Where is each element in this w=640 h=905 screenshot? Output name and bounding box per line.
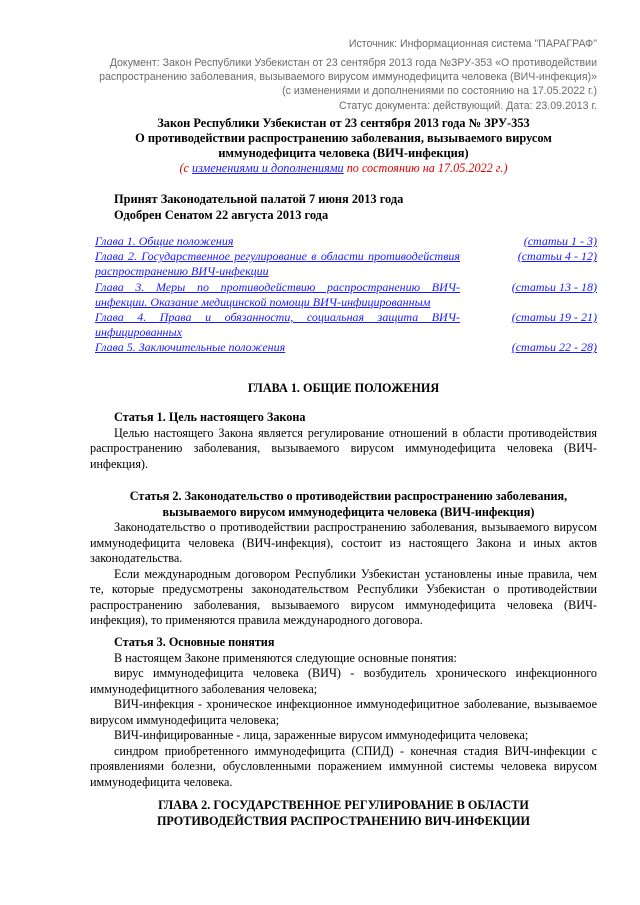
toc-item: Глава 1. Общие положения (статьи 1 - 3) bbox=[95, 234, 597, 249]
toc-chapter-5-articles-link[interactable]: (статьи 22 - 28) bbox=[512, 340, 597, 355]
toc-item: Глава 5. Заключительные положения (стать… bbox=[95, 340, 597, 355]
law-title-line-1: Закон Республики Узбекистан от 23 сентяб… bbox=[90, 116, 597, 131]
toc-chapter-5-link[interactable]: Глава 5. Заключительные положения bbox=[95, 340, 460, 355]
article-3: Статья 3. Основные понятия В настоящем З… bbox=[90, 635, 597, 790]
toc-chapter-1-articles-link[interactable]: (статьи 1 - 3) bbox=[524, 234, 597, 249]
toc-item: Глава 4. Права и обязанности, социальная… bbox=[95, 310, 597, 340]
article-2: Статья 2. Законодательство о противодейс… bbox=[90, 489, 597, 629]
article-3-definition-hiv-infected: ВИЧ-инфицированные - лица, зараженные ви… bbox=[90, 728, 597, 744]
toc-chapter-1-link[interactable]: Глава 1. Общие положения bbox=[95, 234, 460, 249]
toc-chapter-4-articles-link[interactable]: (статьи 19 - 21) bbox=[512, 310, 597, 340]
article-1-heading: Статья 1. Цель настоящего Закона bbox=[90, 410, 597, 426]
toc-item: Глава 3. Меры по противодействию распрос… bbox=[95, 280, 597, 310]
article-1: Статья 1. Цель настоящего Закона Целью н… bbox=[90, 410, 597, 472]
toc-chapter-3-articles-link[interactable]: (статьи 13 - 18) bbox=[512, 280, 597, 310]
amendments-link[interactable]: изменениями и дополнениями bbox=[192, 161, 344, 175]
toc-item: Глава 2. Государственное регулирование в… bbox=[95, 249, 597, 279]
document-status: Статус документа: действующий. Дата: 23.… bbox=[90, 99, 597, 113]
toc-chapter-2-link[interactable]: Глава 2. Государственное регулирование в… bbox=[95, 249, 460, 279]
law-title-line-3: иммунодефицита человека (ВИЧ-инфекция) bbox=[90, 146, 597, 161]
adopted-by-chamber: Принят Законодательной палатой 7 июня 20… bbox=[114, 191, 403, 207]
article-2-heading: Статья 2. Законодательство о противодейс… bbox=[90, 489, 597, 520]
law-title: Закон Республики Узбекистан от 23 сентяб… bbox=[90, 116, 597, 161]
amendment-suffix: по состоянию на 17.05.2022 г.) bbox=[344, 161, 508, 175]
chapter-2-heading-line-1: ГЛАВА 2. ГОСУДАРСТВЕННОЕ РЕГУЛИРОВАНИЕ В… bbox=[90, 798, 597, 814]
chapter-2-heading: ГЛАВА 2. ГОСУДАРСТВЕННОЕ РЕГУЛИРОВАНИЕ В… bbox=[90, 798, 597, 829]
source-line: Источник: Информационная система "ПАРАГР… bbox=[90, 37, 597, 51]
approved-by-senate: Одобрен Сенатом 22 августа 2013 года bbox=[114, 207, 403, 223]
article-3-definition-hiv-infection: ВИЧ-инфекция - хроническое инфекционное … bbox=[90, 697, 597, 728]
article-3-definition-hiv: вирус иммунодефицита человека (ВИЧ) - во… bbox=[90, 666, 597, 697]
chapter-2-heading-line-2: ПРОТИВОДЕЙСТВИЯ РАСПРОСТРАНЕНИЮ ВИЧ-ИНФЕ… bbox=[90, 814, 597, 830]
toc-chapter-4-link[interactable]: Глава 4. Права и обязанности, социальная… bbox=[95, 310, 460, 340]
article-1-paragraph: Целью настоящего Закона является регулир… bbox=[90, 426, 597, 473]
adoption-info: Принят Законодательной палатой 7 июня 20… bbox=[114, 191, 403, 223]
article-2-paragraph-1: Законодательство о противодействии распр… bbox=[90, 520, 597, 567]
toc-chapter-2-articles-link[interactable]: (статьи 4 - 12) bbox=[518, 249, 597, 279]
document-description: Документ: Закон Республики Узбекистан от… bbox=[90, 56, 597, 98]
amendment-note: (с изменениями и дополнениями по состоян… bbox=[90, 161, 597, 176]
article-2-paragraph-2: Если международным договором Республики … bbox=[90, 567, 597, 629]
article-3-paragraph-1: В настоящем Законе применяются следующие… bbox=[90, 651, 597, 667]
chapter-1-heading: ГЛАВА 1. ОБЩИЕ ПОЛОЖЕНИЯ bbox=[90, 381, 597, 397]
amendment-prefix: (с bbox=[179, 161, 192, 175]
article-3-heading: Статья 3. Основные понятия bbox=[90, 635, 597, 651]
toc-chapter-3-link[interactable]: Глава 3. Меры по противодействию распрос… bbox=[95, 280, 460, 310]
table-of-contents: Глава 1. Общие положения (статьи 1 - 3) … bbox=[95, 234, 597, 356]
article-3-definition-aids: синдром приобретенного иммунодефицита (С… bbox=[90, 744, 597, 791]
law-title-line-2: О противодействии распространению заболе… bbox=[90, 131, 597, 146]
